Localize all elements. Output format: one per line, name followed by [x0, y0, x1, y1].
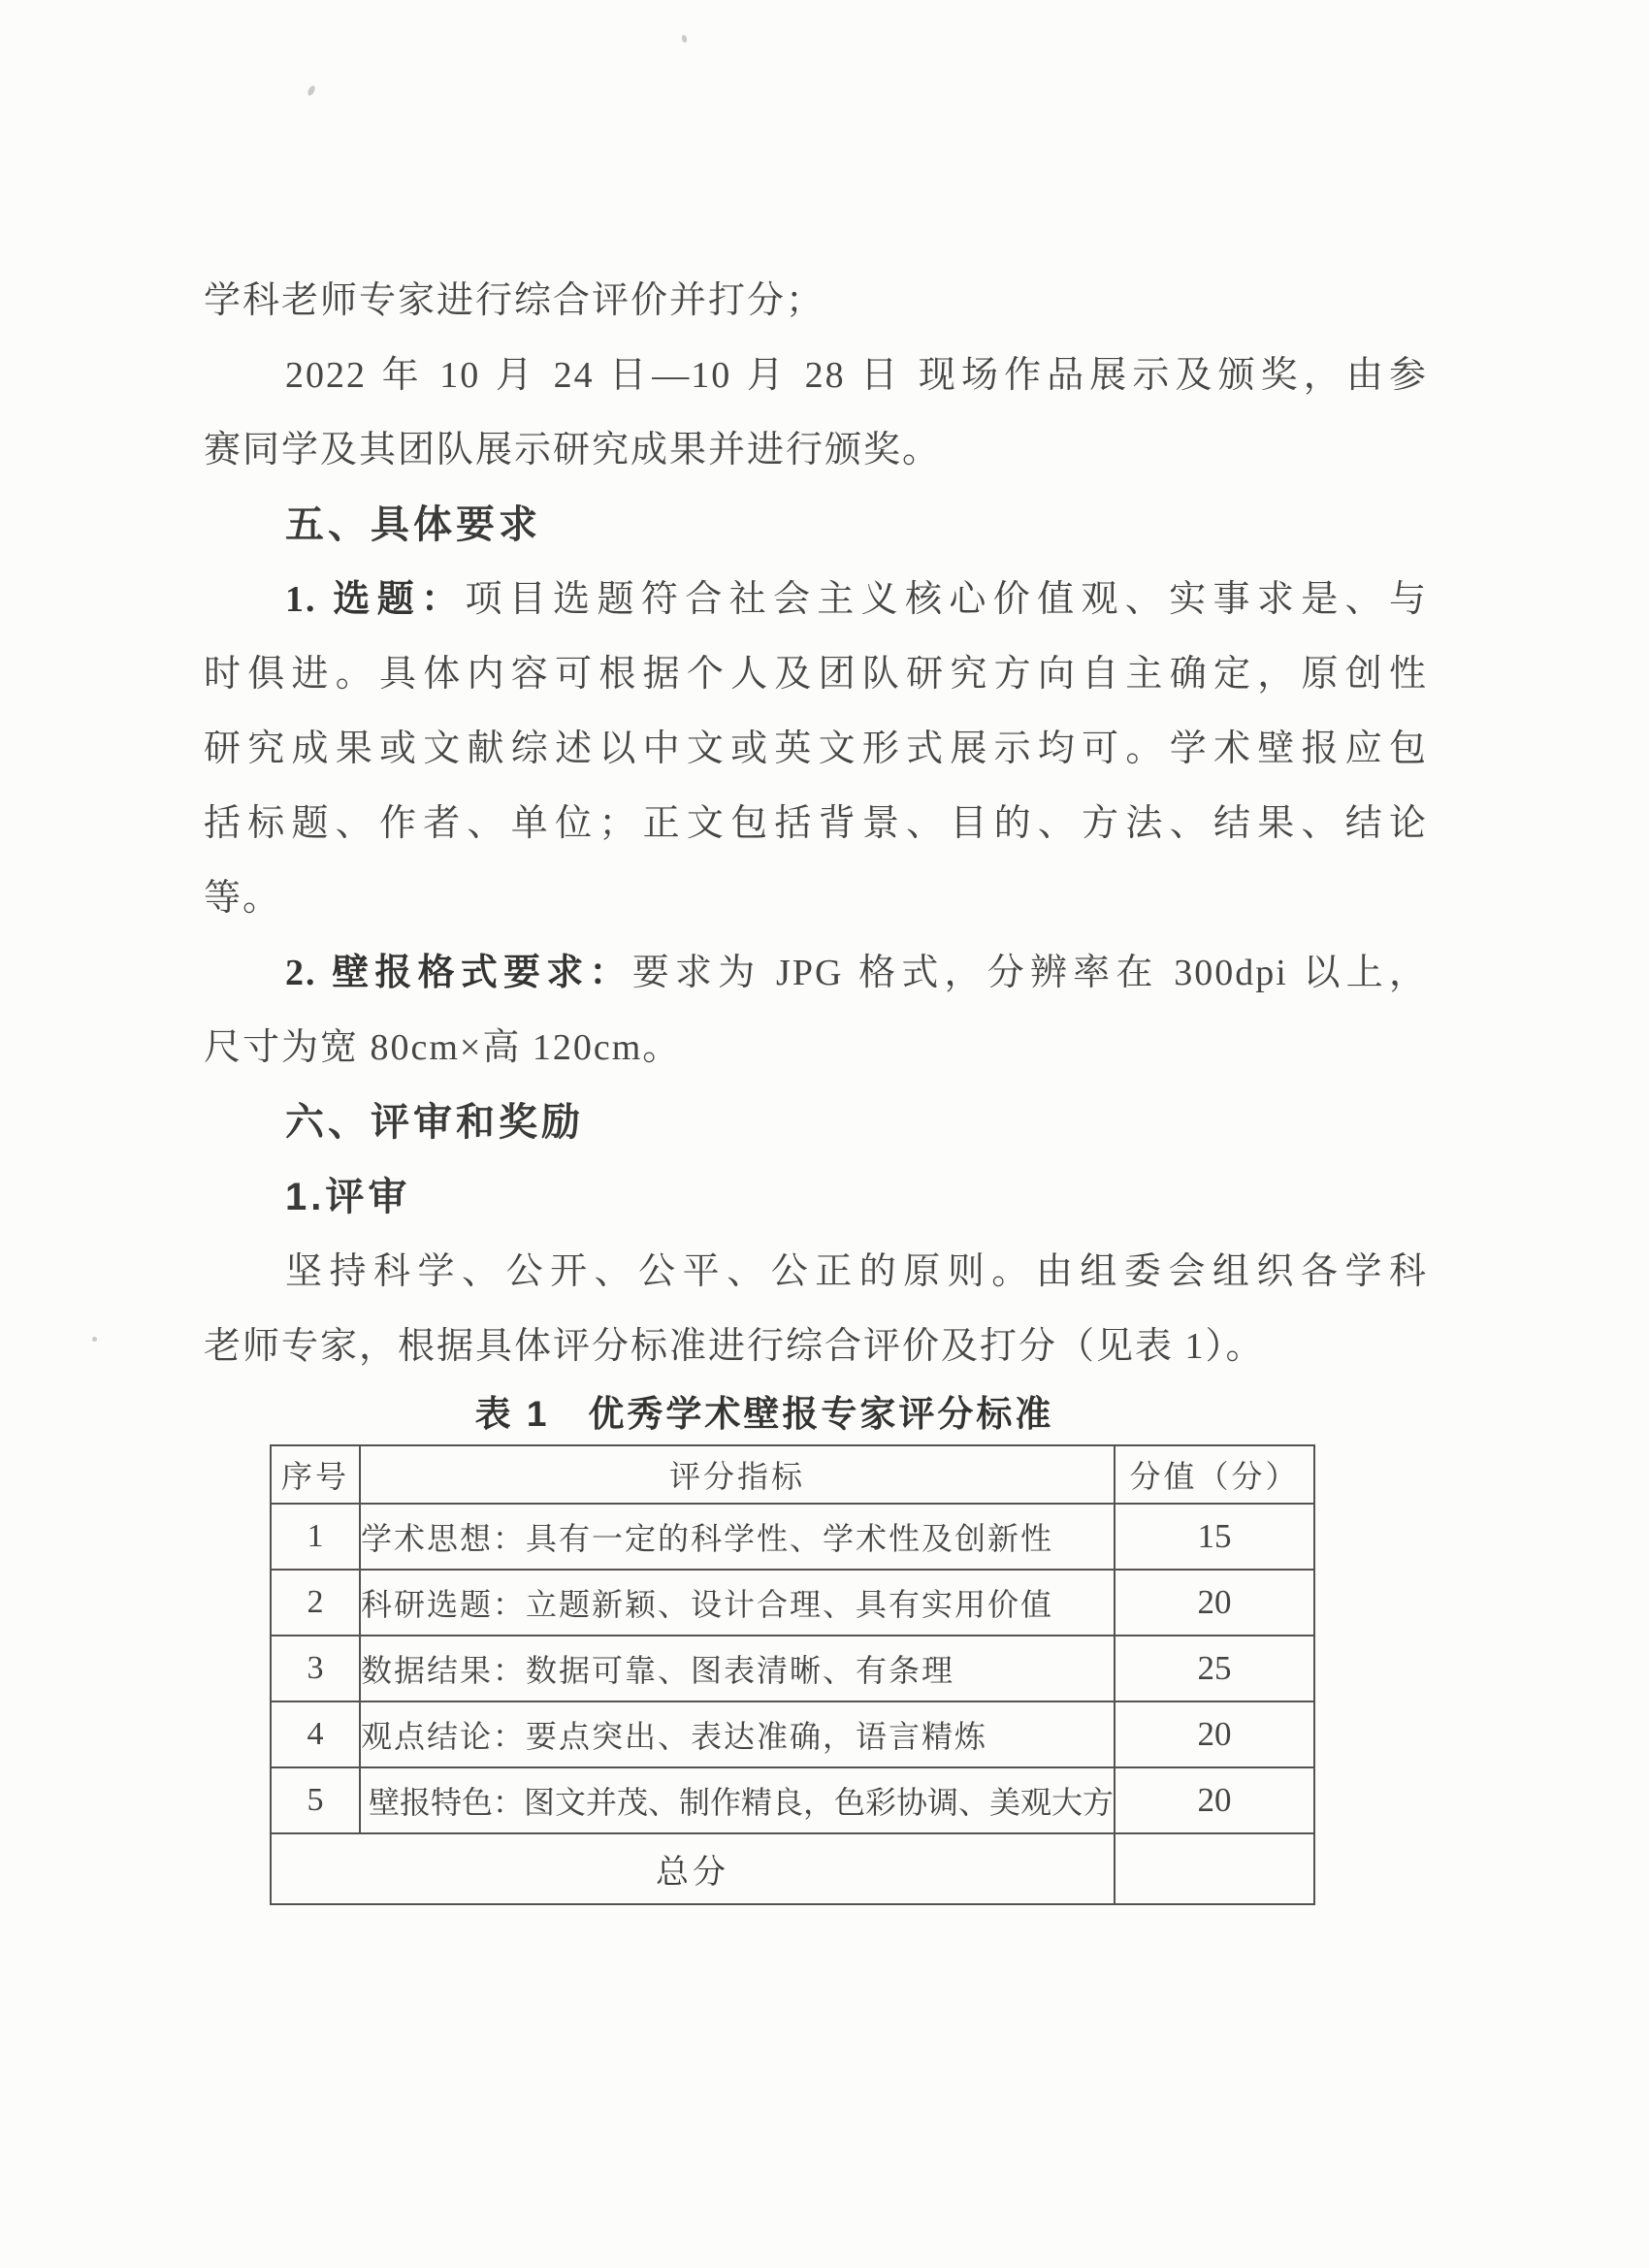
bold-run: 2. 壁报格式要求： — [285, 953, 632, 993]
cell-no: 1 — [271, 1504, 360, 1570]
paragraph-line: 尺寸为宽 80cm×高 120cm。 — [204, 1011, 1428, 1085]
header-cell-indicator: 评分指标 — [360, 1445, 1115, 1504]
cell-total-value — [1115, 1833, 1314, 1904]
paragraph-line: 2. 壁报格式要求：要求为 JPG 格式，分辨率在 300dpi 以上， — [204, 936, 1428, 1011]
cell-no: 4 — [271, 1701, 360, 1767]
cell-score: 20 — [1115, 1767, 1314, 1833]
cell-indicator: 学术思想：具有一定的科学性、学术性及创新性 — [360, 1504, 1115, 1570]
section-heading: 五、具体要求 — [204, 488, 1428, 563]
paragraph-line: 老师专家，根据具体评分标准进行综合评价及打分（见表 1）。 — [204, 1310, 1428, 1384]
paragraph-line: 学科老师专家进行综合评价并打分； — [204, 264, 1428, 339]
table-row: 1 学术思想：具有一定的科学性、学术性及创新性 15 — [271, 1504, 1314, 1570]
sub-heading: 1.评审 — [204, 1160, 1428, 1235]
cell-score: 20 — [1115, 1701, 1314, 1767]
document-page: 学科老师专家进行综合评价并打分； 2022 年 10 月 24 日—10 月 2… — [0, 0, 1649, 2268]
cell-no: 2 — [271, 1570, 360, 1636]
cell-score: 20 — [1115, 1570, 1314, 1636]
cell-indicator: 壁报特色：图文并茂、制作精良，色彩协调、美观大方 — [360, 1767, 1115, 1833]
cell-total-label: 总分 — [271, 1833, 1115, 1904]
cell-no: 5 — [271, 1767, 360, 1833]
section-heading: 六、评审和奖励 — [204, 1085, 1428, 1160]
header-cell-score: 分值（分） — [1115, 1445, 1314, 1504]
table-caption: 表 1 优秀学术壁报专家评分标准 — [242, 1384, 1286, 1444]
paragraph-line: 时俱进。具体内容可根据个人及团队研究方向自主确定，原创性 — [204, 637, 1428, 712]
cell-indicator: 科研选题：立题新颖、设计合理、具有实用价值 — [360, 1570, 1115, 1636]
cell-score: 15 — [1115, 1504, 1314, 1570]
text-run: 要求为 JPG 格式，分辨率在 300dpi 以上， — [632, 953, 1428, 993]
cell-score: 25 — [1115, 1636, 1314, 1701]
scoring-table: 序号 评分指标 分值（分） 1 学术思想：具有一定的科学性、学术性及创新性 15… — [270, 1444, 1315, 1905]
text-run: 项目选题符合社会主义核心价值观、实事求是、与 — [465, 579, 1428, 620]
paragraph-line: 2022 年 10 月 24 日—10 月 28 日 现场作品展示及颁奖，由参 — [204, 339, 1428, 413]
document-body: 学科老师专家进行综合评价并打分； 2022 年 10 月 24 日—10 月 2… — [204, 264, 1428, 1905]
paragraph-line: 研究成果或文献综述以中文或英文形式展示均可。学术壁报应包 — [204, 712, 1428, 787]
table-row: 3 数据结果：数据可靠、图表清晰、有条理 25 — [271, 1636, 1314, 1701]
table-row: 2 科研选题：立题新颖、设计合理、具有实用价值 20 — [271, 1570, 1314, 1636]
cell-indicator: 数据结果：数据可靠、图表清晰、有条理 — [360, 1636, 1115, 1701]
paragraph-line: 等。 — [204, 861, 1428, 936]
paragraph-line: 坚持科学、公开、公平、公正的原则。由组委会组织各学科 — [204, 1235, 1428, 1310]
paragraph-line: 赛同学及其团队展示研究成果并进行颁奖。 — [204, 413, 1428, 488]
scan-speck — [681, 34, 688, 43]
paragraph-line: 1. 选题：项目选题符合社会主义核心价值观、实事求是、与 — [204, 563, 1428, 637]
table-header-row: 序号 评分指标 分值（分） — [271, 1445, 1314, 1504]
scan-speck — [307, 84, 316, 97]
table-row: 5 壁报特色：图文并茂、制作精良，色彩协调、美观大方 20 — [271, 1767, 1314, 1833]
bold-run: 1. 选题： — [285, 579, 465, 620]
table-total-row: 总分 — [271, 1833, 1314, 1904]
scan-speck — [92, 1337, 97, 1342]
cell-no: 3 — [271, 1636, 360, 1701]
table-row: 4 观点结论：要点突出、表达准确，语言精炼 20 — [271, 1701, 1314, 1767]
cell-indicator: 观点结论：要点突出、表达准确，语言精炼 — [360, 1701, 1115, 1767]
paragraph-line: 括标题、作者、单位；正文包括背景、目的、方法、结果、结论 — [204, 787, 1428, 861]
header-cell-no: 序号 — [271, 1445, 360, 1504]
